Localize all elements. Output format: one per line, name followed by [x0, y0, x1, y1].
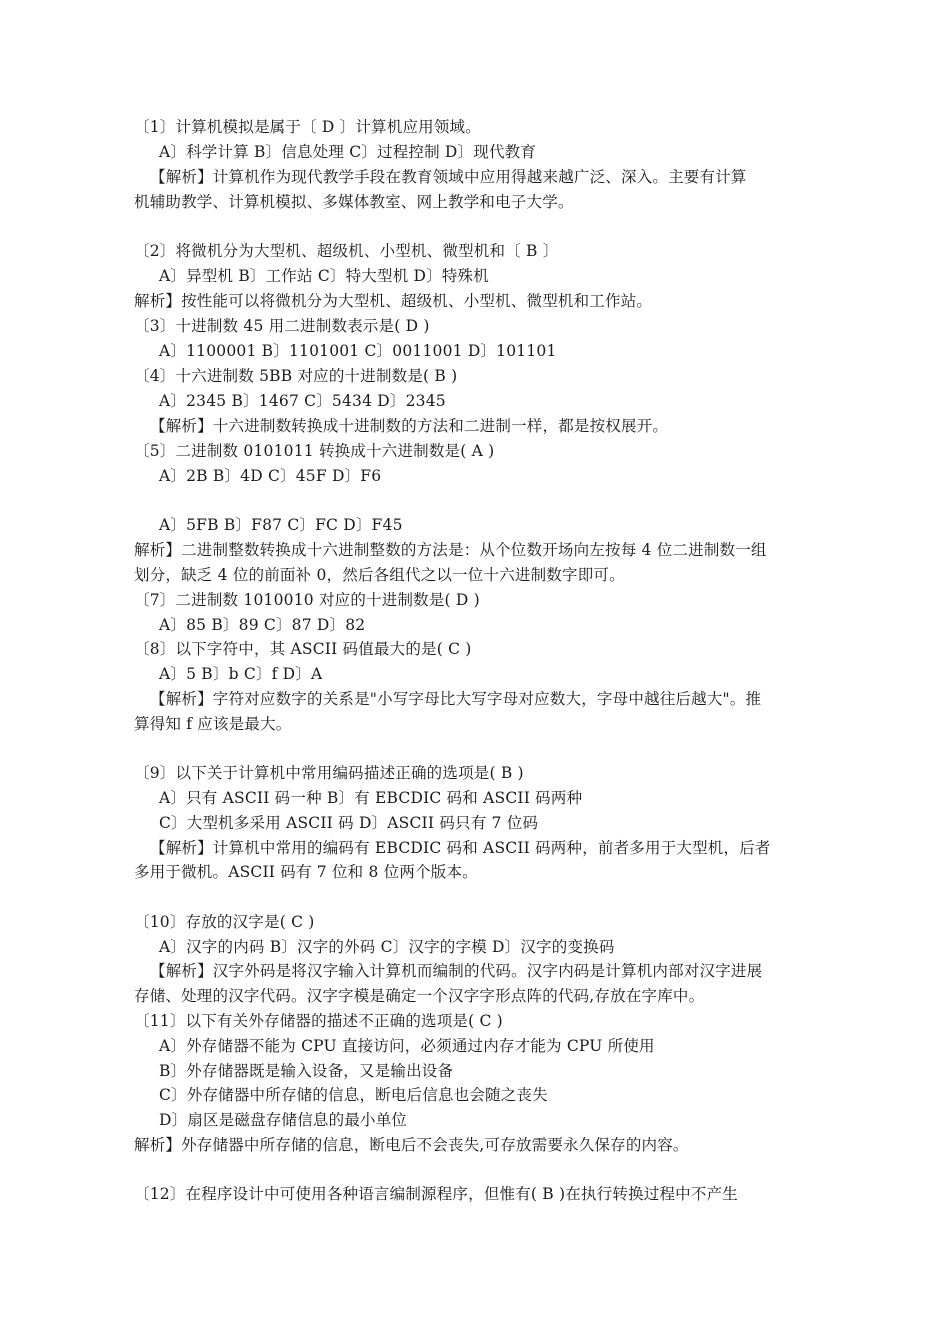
question-8-options: A〕5 B〕b C〕f D〕A — [159, 664, 322, 684]
question-9-options-cd: C〕大型机多采用 ASCII 码 D〕ASCII 码只有 7 位码 — [159, 813, 538, 833]
question-1-analysis-cont: 机辅助教学、计算机模拟、多媒体教室、网上教学和电子大学。 — [134, 192, 574, 212]
question-11-option-b: B〕外存储器既是输入设备，又是输出设备 — [159, 1061, 453, 1081]
question-2: 〔2〕将微机分为大型机、超级机、小型机、微型机和〔 B 〕 — [134, 241, 558, 261]
question-9-options-ab: A〕只有 ASCII 码一种 B〕有 EBCDIC 码和 ASCII 码两种 — [159, 788, 582, 808]
question-2-options: A〕异型机 B〕工作站 C〕特大型机 D〕特殊机 — [159, 266, 489, 286]
question-9-analysis-cont: 多用于微机。ASCII 码有 7 位和 8 位两个版本。 — [134, 862, 478, 882]
question-7-options: A〕85 B〕89 C〕87 D〕82 — [159, 615, 365, 635]
question-5: 〔5〕二进制数 0101011 转换成十六进制数是( A ) — [134, 441, 494, 461]
question-10-options: A〕汉字的内码 B〕汉字的外码 C〕汉字的字模 D〕汉字的变换码 — [159, 937, 615, 957]
question-11-option-a: A〕外存储器不能为 CPU 直接访问，必须通过内存才能为 CPU 所使用 — [159, 1036, 655, 1056]
question-6-analysis: 解析】二进制整数转换成十六进制整数的方法是：从个位数开场向左按每 4 位二进制数… — [134, 540, 767, 560]
question-9: 〔9〕以下关于计算机中常用编码描述正确的选项是( B ) — [134, 763, 524, 783]
question-11: 〔11〕以下有关外存储器的描述不正确的选项是( C ) — [134, 1011, 503, 1031]
question-4-analysis: 【解析】十六进制数转换成十进制数的方法和二进制一样，都是按权展开。 — [150, 416, 668, 436]
question-11-option-d: D〕扇区是磁盘存储信息的最小单位 — [159, 1110, 407, 1130]
question-3: 〔3〕十进制数 45 用二进制数表示是( D ) — [134, 316, 430, 336]
question-2-analysis: 解析】按性能可以将微机分为大型机、超级机、小型机、微型机和工作站。 — [134, 291, 652, 311]
question-6-options: A〕5FB B〕F87 C〕FC D〕F45 — [159, 515, 403, 535]
question-11-option-c: C〕外存储器中所存储的信息，断电后信息也会随之丧失 — [159, 1085, 548, 1105]
question-1-analysis: 【解析】计算机作为现代教学手段在教育领域中应用得越来越广泛、深入。主要有计算 — [150, 167, 747, 187]
question-9-analysis: 【解析】计算机中常用的编码有 EBCDIC 码和 ASCII 码两种，前者多用于… — [150, 838, 771, 858]
question-12: 〔12〕在程序设计中可使用各种语言编制源程序，但惟有( B )在执行转换过程中不… — [134, 1184, 738, 1204]
question-10-analysis: 【解析】汉字外码是将汉字输入计算机而编制的代码。汉字内码是计算机内部对汉字进展 — [150, 961, 762, 981]
question-4: 〔4〕十六进制数 5BB 对应的十进制数是( B ) — [134, 366, 457, 386]
question-8-analysis: 【解析】字符对应数字的关系是"小写字母比大写字母对应数大，字母中越往后越大"。推 — [150, 689, 761, 709]
question-1-options: A〕科学计算 B〕信息处理 C〕过程控制 D〕现代教育 — [159, 142, 536, 162]
question-1: 〔1〕计算机模拟是属于〔 D 〕计算机应用领域。 — [134, 117, 481, 137]
document-page: 〔1〕计算机模拟是属于〔 D 〕计算机应用领域。 A〕科学计算 B〕信息处理 C… — [0, 0, 950, 1341]
question-8: 〔8〕以下字符中，其 ASCII 码值最大的是( C ) — [134, 639, 472, 659]
question-7: 〔7〕二进制数 1010010 对应的十进制数是( D ) — [134, 590, 480, 610]
question-6-analysis-cont: 划分，缺乏 4 位的前面补 0，然后各组代之以一位十六进制数字即可。 — [134, 565, 625, 585]
question-8-analysis-cont: 算得知 f 应该是最大。 — [134, 714, 292, 734]
question-10: 〔10〕存放的汉字是( C ) — [134, 912, 315, 932]
question-10-analysis-cont: 存储、处理的汉字代码。汉字字模是确定一个汉字字形点阵的代码,存放在字库中。 — [134, 986, 704, 1006]
question-3-options: A〕1100001 B〕1101001 C〕0011001 D〕101101 — [159, 341, 557, 361]
question-5-options: A〕2B B〕4D C〕45F D〕F6 — [159, 466, 381, 486]
question-11-analysis: 解析】外存储器中所存储的信息，断电后不会丧失,可存放需要永久保存的内容。 — [134, 1135, 689, 1155]
question-4-options: A〕2345 B〕1467 C〕5434 D〕2345 — [159, 391, 446, 411]
